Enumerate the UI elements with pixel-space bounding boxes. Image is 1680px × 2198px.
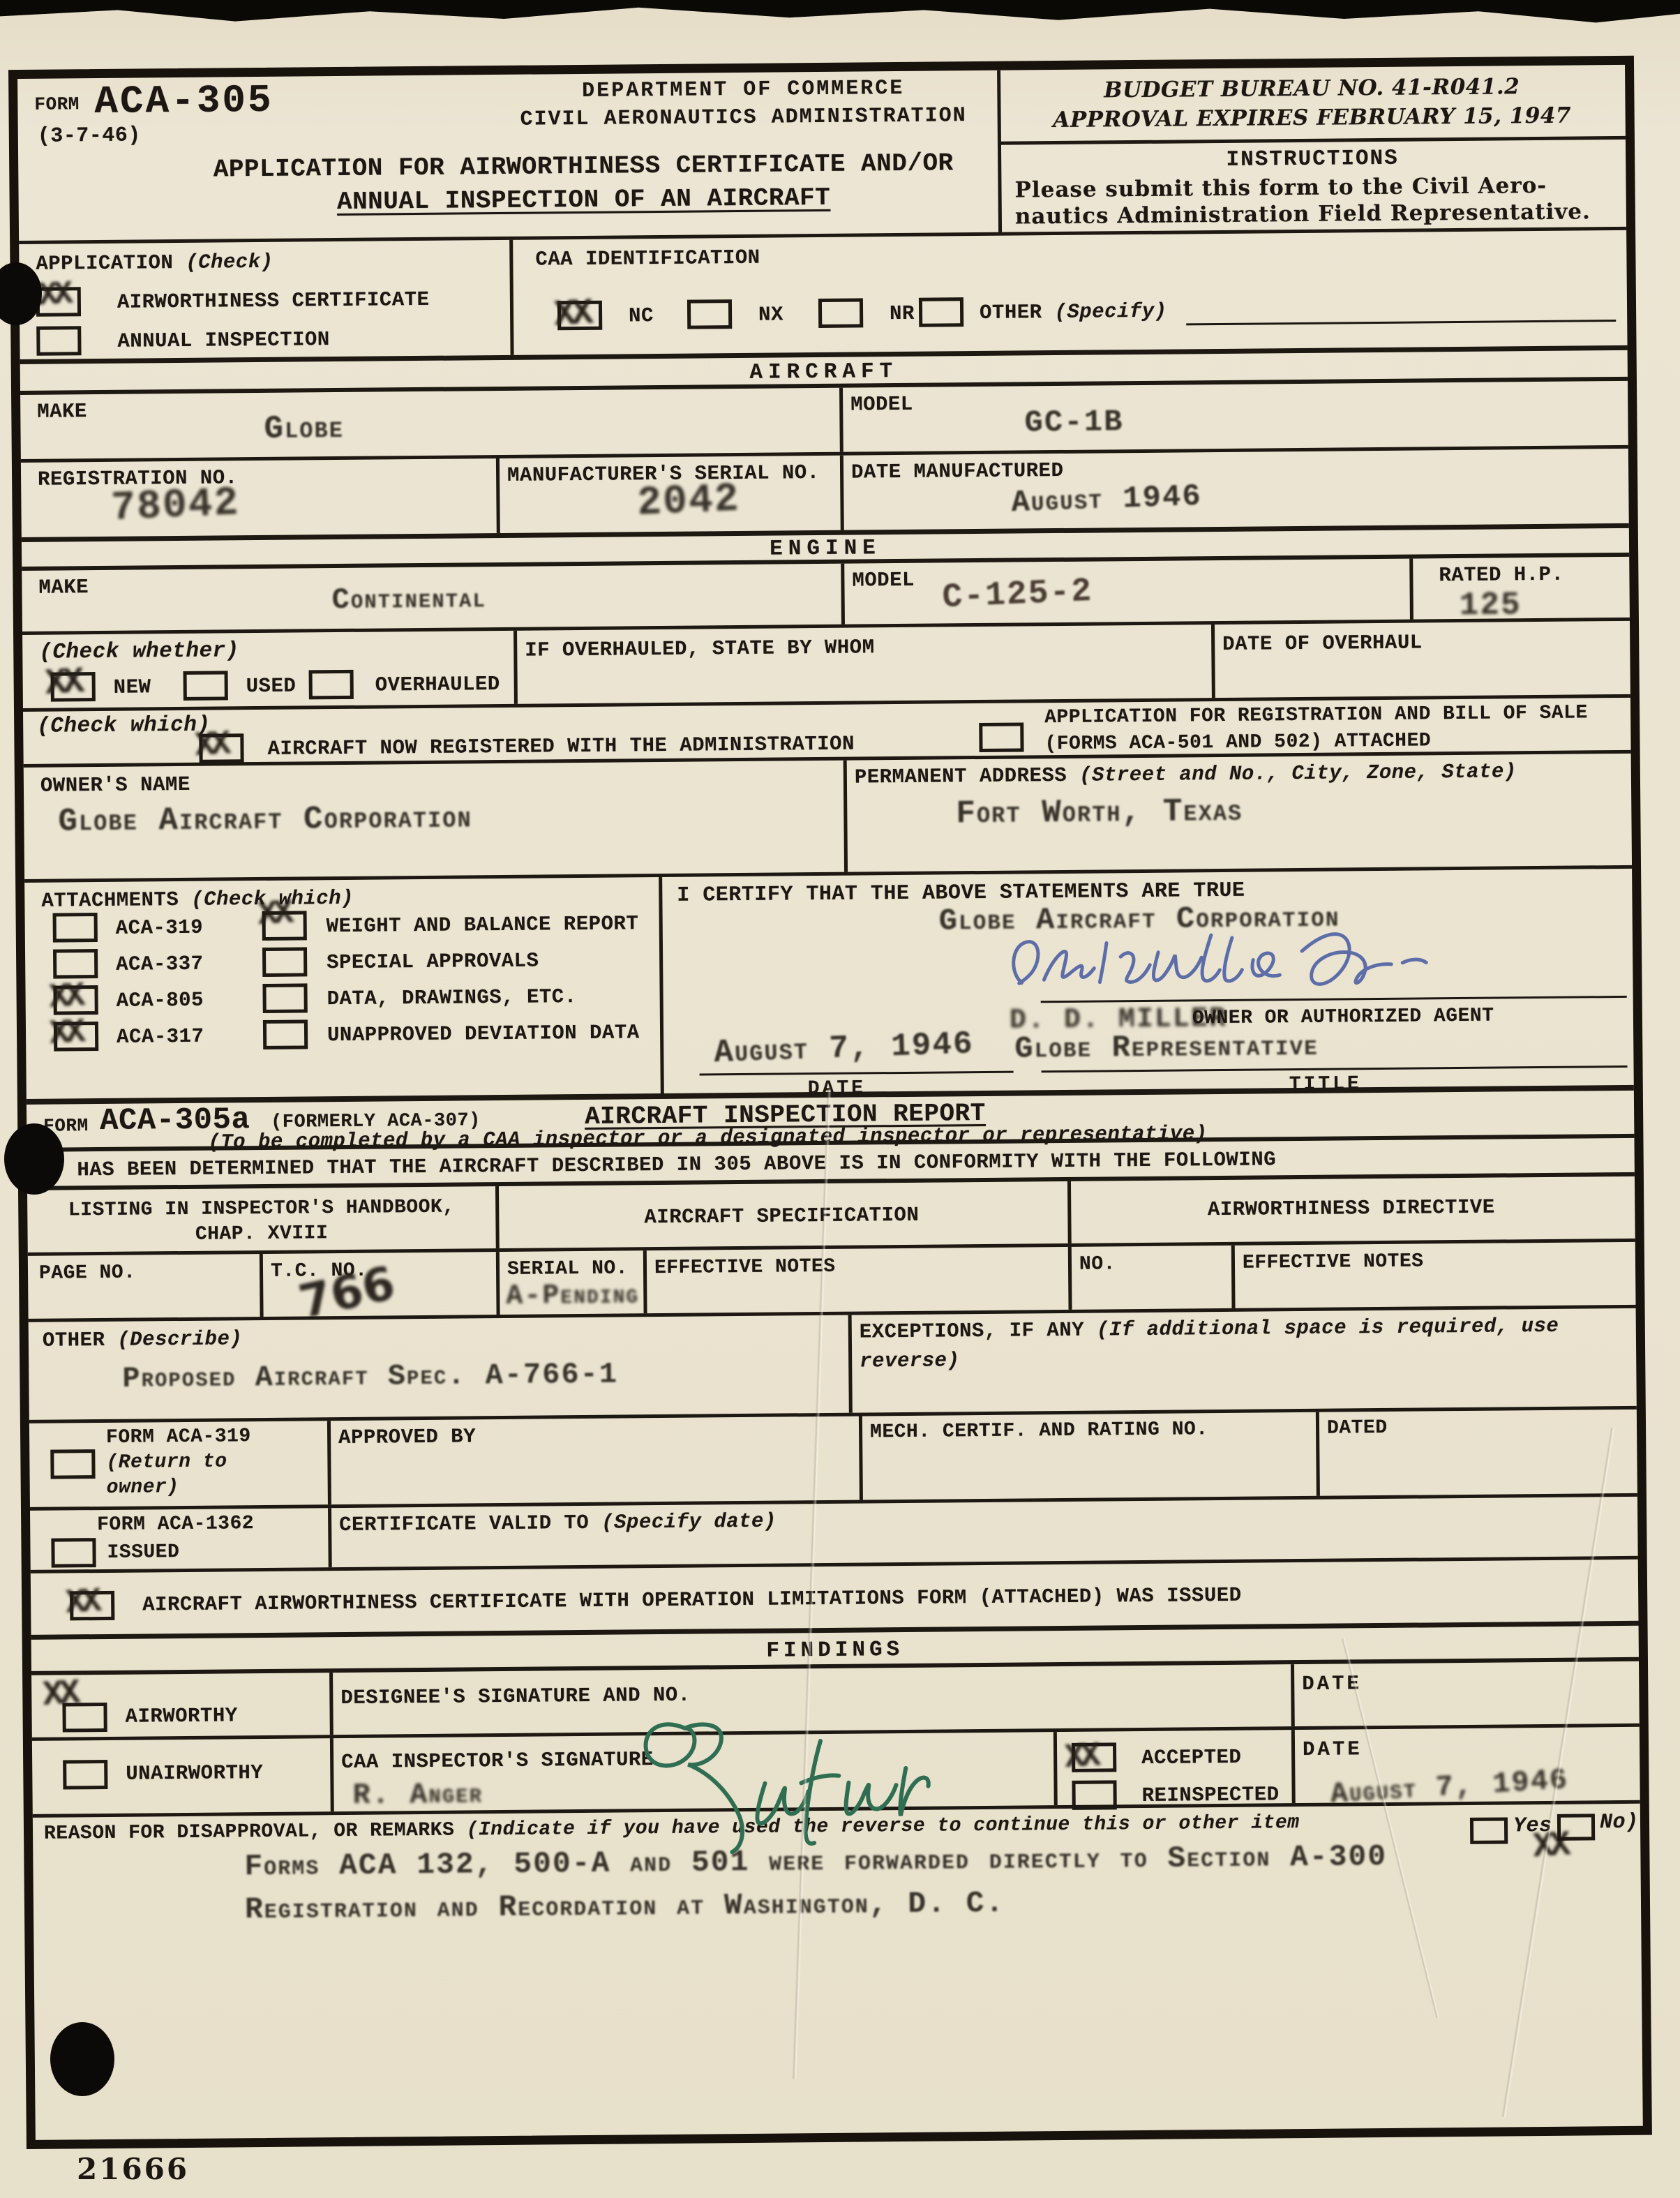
engine-new-checkmark: XX (44, 661, 82, 705)
deviation-data-checkbox (263, 1019, 308, 1049)
spec-serial-label: SERIAL NO. (507, 1257, 628, 1280)
registered-checkmark: XX (194, 726, 228, 765)
form-label: FORM (34, 94, 80, 115)
sig-accepted-divider (1053, 1732, 1058, 1805)
certificate-issued-checkmark: XX (65, 1583, 99, 1623)
budget-bureau-line1: BUDGET BUREAU NO. 41-R041.2 (1008, 73, 1615, 104)
remarks-line2: Registration and Recordation at Washingt… (245, 1886, 1005, 1927)
aca-317-label: ACA-317 (117, 1025, 204, 1049)
accepted-date-divider (1291, 1730, 1296, 1803)
accepted-label: ACCEPTED (1141, 1746, 1242, 1770)
nc-label: NC (629, 304, 654, 327)
owner-address-divider (843, 761, 848, 872)
airworthy-checkbox (62, 1703, 107, 1733)
weight-balance-label: WEIGHT AND BALANCE REPORT (327, 912, 639, 938)
certificate-issued-label: AIRCRAFT AIRWORTHINESS CERTIFICATE WITH … (142, 1584, 1242, 1617)
other-checkbox (919, 297, 963, 327)
footer-serial-number: 21666 (77, 2152, 189, 2186)
mfr-serial-value: 2042 (636, 477, 741, 526)
other-describe-value: Proposed Aircraft Spec. A-766-1 (122, 1358, 618, 1396)
permanent-address-value: Fort Worth, Texas (956, 793, 1243, 832)
engine-model-value: C-125-2 (942, 573, 1094, 617)
aca-319-label: ACA-319 (116, 916, 204, 940)
caa-identification-label: CAA IDENTIFICATION (535, 246, 760, 271)
reverse-no-checkbox (1557, 1814, 1595, 1840)
aca-319-checkbox (53, 913, 98, 943)
aircraft-make-value: Globe (264, 410, 344, 447)
special-approvals-label: SPECIAL APPROVALS (327, 950, 539, 975)
aca-805-label: ACA-805 (116, 989, 204, 1012)
unairworthy-sig-divider (330, 1738, 334, 1811)
engine-condition-row: (Check whether) XX NEW USED OVERHAULED I… (22, 618, 1630, 708)
form-revision: (3-7-46) (38, 124, 141, 148)
tc-serial-divider (496, 1252, 500, 1315)
overhauled-by-whom-label: IF OVERHAULED, STATE BY WHOM (525, 636, 875, 661)
condition-bywhom-divider (513, 631, 518, 704)
spec-serial-value: A-Pending (506, 1280, 639, 1313)
airworthy-designee-divider (329, 1673, 333, 1735)
owner-or-agent-label: OWNER OR AUTHORIZED AGENT (1192, 1005, 1494, 1030)
deviation-data-label: UNAPPROVED DEVIATION DATA (327, 1021, 640, 1047)
reverse-no-label: No) (1600, 1811, 1639, 1834)
serial-date-divider (840, 456, 844, 530)
directive-no-label: NO. (1079, 1253, 1116, 1275)
aca-805-checkmark: XX (48, 978, 82, 1017)
other-exceptions-divider (848, 1315, 853, 1413)
instructions-title: INSTRUCTIONS (1009, 144, 1616, 174)
application-row: APPLICATION (Check) XXX AIRWORTHINESS CE… (19, 227, 1627, 359)
mech-certif-label: MECH. CERTIF. AND RATING NO. (870, 1419, 1208, 1443)
weight-balance-checkmark: XX (257, 895, 291, 934)
aircraft-make-label: MAKE (37, 400, 87, 424)
exceptions-label-line2: reverse) (860, 1349, 960, 1373)
registration-no-value: 78042 (110, 481, 241, 532)
aircraft-spec-column: AIRCRAFT SPECIFICATION (495, 1202, 1067, 1230)
other-exceptions-row: OTHER (Describe) Proposed Aircraft Spec.… (29, 1305, 1637, 1420)
nc-checkmark: XX (553, 293, 590, 336)
mech-dated-divider (1316, 1412, 1320, 1496)
f319-approved-divider (327, 1421, 331, 1504)
engine-make-model-divider (841, 564, 845, 625)
annual-inspection-label: ANNUAL INSPECTION (117, 328, 330, 353)
date-manufactured-label: DATE MANUFACTURED (851, 459, 1064, 484)
serial-notes-divider (643, 1250, 647, 1313)
effective-notes-label: EFFECTIVE NOTES (654, 1256, 836, 1279)
owner-name-value: Globe Aircraft Corporation (58, 800, 472, 839)
aca-337-label: ACA-337 (116, 952, 204, 976)
engine-model-label: MODEL (852, 569, 915, 592)
approved-mech-divider (859, 1416, 863, 1500)
certificate-valid-label: CERTIFICATE VALID TO (Specify date) (339, 1510, 777, 1537)
bywhom-date-divider (1211, 625, 1215, 698)
form-319-checkbox (50, 1449, 95, 1479)
owner-row: OWNER'S NAME Globe Aircraft Corporation … (24, 750, 1632, 879)
form-319-label: FORM ACA-319 (106, 1426, 251, 1449)
data-drawings-checkbox (262, 983, 307, 1013)
handbook-column-line2: CHAP. XVIII (27, 1221, 495, 1247)
engine-make-value: Continental (331, 582, 486, 617)
permanent-address-label: PERMANENT ADDRESS (Street and No., City,… (855, 760, 1517, 788)
nx-checkbox (687, 299, 732, 329)
exceptions-label: EXCEPTIONS, IF ANY (If additional space … (860, 1315, 1559, 1344)
attachments-certify-row: ATTACHMENTS (Check which) ACA-319 XX WEI… (24, 865, 1634, 1099)
aircraft-registration-row: REGISTRATION NO. 78042 MANUFACTURER'S SE… (21, 445, 1629, 537)
date-manufactured-value: August 1946 (1011, 479, 1203, 521)
aircraft-make-model-divider (839, 388, 843, 452)
instructions-body-line1: Please submit this form to the Civil Aer… (1014, 173, 1547, 203)
attachments-label: ATTACHMENTS (Check which) (41, 887, 354, 913)
findings-inspector-row: UNAIRWORTHY CAA INSPECTOR'S SIGNATURE R.… (32, 1724, 1640, 1814)
handbook-column-line1: LISTING IN INSPECTOR'S HANDBOOK, (27, 1196, 495, 1222)
no-notes2-divider (1231, 1246, 1236, 1308)
header-row: FORM ACA-305 (3-7-46) DEPARTMENT OF COMM… (17, 65, 1626, 241)
aca-317-checkmark: XX (48, 1014, 82, 1054)
check-whether-label: (Check whether) (39, 638, 239, 664)
inspection-date-label: DATE (1303, 1737, 1363, 1761)
f1362-valid-divider (328, 1508, 332, 1567)
engine-used-checkbox (183, 671, 228, 701)
rated-hp-label: RATED H.P. (1439, 563, 1563, 588)
punch-hole-bottom (50, 2022, 114, 2096)
form-319-note2: owner) (107, 1476, 179, 1499)
scan-torn-top-edge (0, 0, 1680, 25)
dated-label: DATED (1327, 1417, 1388, 1440)
airworthiness-certificate-label: AIRWORTHINESS CERTIFICATE (117, 288, 430, 314)
effective-notes2-label: EFFECTIVE NOTES (1243, 1250, 1424, 1273)
engine-overhauled-checkbox (309, 670, 354, 700)
designee-date-divider (1291, 1664, 1295, 1726)
nr-label: NR (890, 302, 915, 325)
caa-inspector-signature-label: CAA INSPECTOR'S SIGNATURE (341, 1748, 654, 1774)
unairworthy-label: UNAIRWORTHY (126, 1761, 263, 1786)
bill-of-sale-line1: APPLICATION FOR REGISTRATION AND BILL OF… (1044, 702, 1588, 728)
other-label: OTHER (Specify) (980, 300, 1167, 324)
data-drawings-label: DATA, DRAWINGS, ETC. (327, 985, 576, 1010)
budget-divider (998, 136, 1626, 145)
special-approvals-checkbox (262, 947, 307, 977)
aca-337-checkbox (53, 949, 98, 979)
form-1362-label: FORM ACA-1362 (97, 1513, 254, 1536)
aca-319-approval-row: FORM ACA-319 (Return to owner) APPROVED … (29, 1406, 1637, 1507)
form-1362-checkbox (51, 1538, 96, 1568)
certify-date-stamp: August 7, 1946 (713, 1026, 974, 1071)
dept-line2: CIVIL AERONAUTICS ADMINISTRATION (507, 104, 981, 132)
certify-title-stamp: Globe Representative (1014, 1029, 1319, 1067)
engine-overhauled-label: OVERHAULED (375, 673, 500, 697)
punch-hole-middle (4, 1123, 64, 1195)
authorized-agent-signature (1002, 919, 1449, 1007)
date-of-overhaul-label: DATE OF OVERHAUL (1222, 631, 1423, 655)
nr-checkbox (818, 298, 863, 328)
application-label: APPLICATION (Check) (36, 251, 273, 276)
scanned-form-page: { "page": { "form_label": "FORM", "form_… (0, 0, 1680, 2198)
engine-new-label: NEW (114, 675, 151, 698)
annual-inspection-checkbox (36, 326, 81, 356)
airworthiness-directive-column: AIRWORTHINESS DIRECTIVE (1067, 1195, 1635, 1223)
form-title-line1: APPLICATION FOR AIRWORTHINESS CERTIFICAT… (88, 148, 1079, 185)
page-no-label: PAGE NO. (39, 1262, 136, 1285)
registered-label: AIRCRAFT NOW REGISTERED WITH THE ADMINIS… (267, 733, 855, 761)
engine-model-hp-divider (1409, 559, 1413, 620)
reg-serial-divider (496, 458, 500, 533)
certify-date-line (700, 1071, 1014, 1076)
dept-line1: DEPARTMENT OF COMMERCE (534, 76, 952, 103)
reverse-yes-checkbox (1470, 1817, 1508, 1844)
attachments-certify-divider (659, 877, 664, 1093)
page-tc-divider (260, 1254, 264, 1317)
approved-by-label: APPROVED BY (338, 1425, 476, 1449)
bill-of-sale-line2: (FORMS ACA-501 AND 502) ATTACHED (1044, 730, 1431, 755)
engine-used-label: USED (246, 675, 297, 698)
owner-name-label: OWNER'S NAME (40, 773, 190, 798)
engine-make-label: MAKE (38, 576, 89, 599)
form-1362-issued-label: ISSUED (107, 1541, 179, 1564)
aircraft-model-value: GC-1B (1024, 405, 1123, 440)
certify-title-line (1042, 1066, 1628, 1072)
header-divider (997, 70, 1002, 232)
aircraft-model-label: MODEL (850, 393, 913, 417)
unairworthy-checkbox (63, 1760, 107, 1790)
notes-no-divider (1068, 1247, 1072, 1310)
application-caa-divider (509, 240, 513, 355)
instructions-body-line2: nautics Administration Field Representat… (1015, 199, 1591, 229)
airworthy-label: AIRWORTHY (125, 1704, 237, 1728)
bill-of-sale-checkbox (979, 722, 1023, 752)
nx-label: NX (758, 303, 783, 326)
form-title-line2: ANNUAL INSPECTION OF AN AIRCRAFT (89, 181, 1079, 218)
other-specify-line (1186, 320, 1616, 325)
other-describe-label: OTHER (Describe) (43, 1327, 243, 1352)
inspector-name-stamp: R. Anger (352, 1777, 483, 1812)
budget-bureau-line2: APPROVAL EXPIRES FEBRUARY 15, 1947 (1009, 103, 1616, 133)
form-319-note1: (Return to (106, 1451, 227, 1474)
accepted-checkmark: XX (1064, 1737, 1098, 1777)
check-which-label: (Check which) (37, 713, 211, 739)
form-number: ACA-305 (94, 78, 273, 124)
